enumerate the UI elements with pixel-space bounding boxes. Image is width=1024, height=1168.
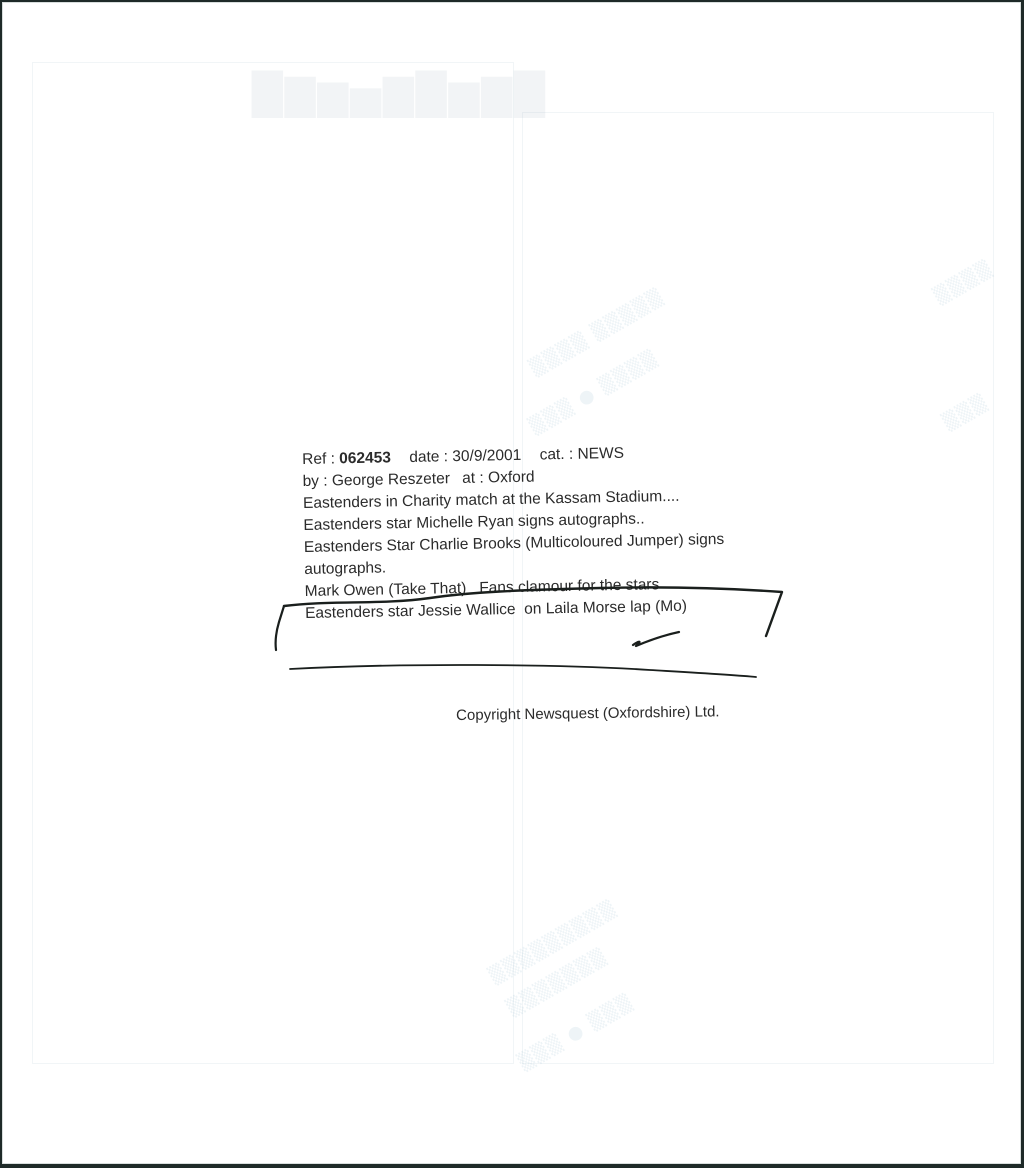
caption-line: autographs. [304, 558, 386, 580]
photo-back-sheet: █▇▆▅▇█▆▇█ ▒▒▒▒ ▒▒▒▒▒ ▒▒▒ ● ▒▒▒▒ ▒▒▒▒ ▒▒▒… [2, 2, 1021, 1164]
location-value: Oxford [488, 469, 535, 487]
ref-label: Ref : [302, 450, 335, 468]
byline: by : George Reszeter at : Oxford [302, 468, 534, 492]
caption-label: Ref : 062453 date : 30/9/2001 cat. : NEW… [302, 440, 822, 450]
ref-number: 062453 [339, 449, 391, 467]
show-through-text: ▒▒▒▒ ▒▒▒▒▒ [527, 286, 668, 379]
date-value: 30/9/2001 [452, 447, 521, 465]
show-through-text: ▒▒▒▒ [931, 258, 996, 308]
show-through-text: ▒▒▒ ● ▒▒▒ [515, 991, 637, 1073]
location-label: at : [462, 470, 484, 487]
caption-header-line: Ref : 062453 date : 30/9/2001 cat. : NEW… [302, 444, 624, 470]
photographer-label: by : [302, 473, 327, 490]
copyright-notice: Copyright Newsquest (Oxfordshire) Ltd. [456, 703, 720, 724]
date-label: date : [409, 448, 448, 466]
photographer-name: George Reszeter [332, 470, 450, 489]
show-through-frame [32, 62, 514, 1064]
show-through-text: ▒▒▒▒▒▒▒ [504, 946, 611, 1020]
show-through-text: ▒▒▒▒▒▒▒▒▒ [486, 898, 620, 987]
show-through-text: ▒▒▒ ● ▒▒▒▒ [526, 347, 661, 437]
show-through-text: █▇▆▅▇█▆▇█ [252, 72, 547, 118]
category-value: NEWS [577, 445, 624, 463]
show-through-text: ▒▒▒ [940, 392, 992, 434]
category-label: cat. : [539, 446, 573, 464]
